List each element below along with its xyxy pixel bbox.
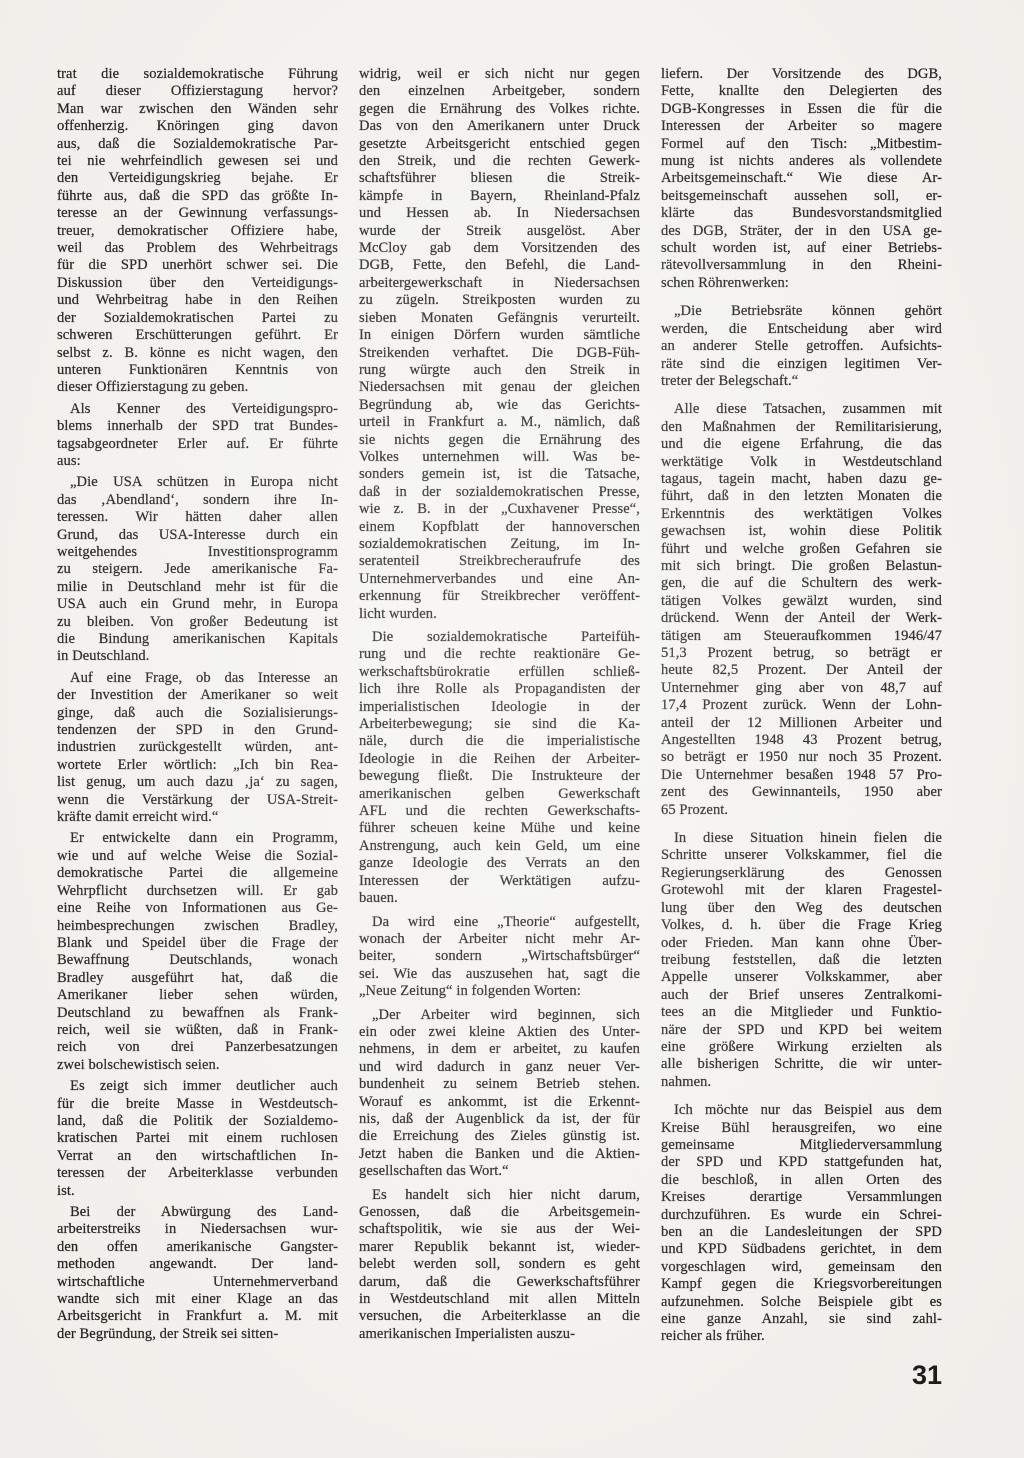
page-number: 31	[912, 1360, 942, 1391]
text-line: die beschloß, in allen Orten des	[661, 1172, 942, 1189]
text-line: eine Reihe von Informationen aus Ge-	[57, 900, 338, 917]
text-line: heute 82,5 Prozent. Der Anteil der	[661, 662, 942, 679]
text-line: führt und welche großen Gefahren sie	[661, 541, 942, 558]
text-line: Auf eine Frage, ob das Interesse an	[57, 670, 338, 687]
text-line: aus:	[57, 453, 338, 470]
text-line: nis, daß der Augenblick da ist, der für	[359, 1111, 640, 1128]
paragraph: „Die Betriebsräte können gehörtwerden, d…	[661, 303, 942, 390]
paragraph: Es zeigt sich immer deutlicher auchfür d…	[57, 1078, 338, 1200]
text-line: tei nie wehrfeindlich gewesen sei und	[57, 153, 338, 170]
text-line: Das von den Amerikanern unter Druck	[359, 118, 640, 135]
text-line: lich ihre Rolle als Propagandisten der	[359, 681, 640, 698]
text-line: dieser Offizierstagung zu geben.	[57, 379, 338, 396]
paragraph: Da wird eine „Theorie“ aufgestellt,wonac…	[359, 914, 640, 1001]
text-line: wenn die Verstärkung der USA-Streit-	[57, 792, 338, 809]
text-line: gesellschaften das Wort.“	[359, 1163, 640, 1180]
text-line: Arbeiterbewegung; sie sind die Ka-	[359, 716, 640, 733]
text-line: und Hessen ab. In Niedersachsen	[359, 205, 640, 222]
text-line: „Neue Zeitung“ in folgenden Worten:	[359, 983, 640, 1000]
paragraph: Als Kenner des Verteidigungspro-blems in…	[57, 401, 338, 471]
document-page: trat die sozialdemokratische Führungauf …	[0, 0, 1024, 1458]
text-line: die Bindung amerikanischen Kapitals	[57, 631, 338, 648]
text-column-3: liefern. Der Vorsitzende des DGB,Fette, …	[661, 66, 942, 1346]
text-line: imperialistischen Ideologie in der	[359, 699, 640, 716]
text-line: Erkenntnis des werktätigen Volkes	[661, 506, 942, 523]
paragraph: Auf eine Frage, ob das Interesse ander I…	[57, 670, 338, 827]
text-line: tendenzen der SPD in den Grund-	[57, 722, 338, 739]
text-line: daß in der sozialdemokratischen Presse,	[359, 484, 640, 501]
text-line: Worauf es ankommt, ist die Erkennt-	[359, 1094, 640, 1111]
text-line: auf dieser Offizierstagung hervor?	[57, 83, 338, 100]
paragraph: Alle diese Tatsachen, zusammen mitden Ma…	[661, 401, 942, 819]
text-line: liefern. Der Vorsitzende des DGB,	[661, 66, 942, 83]
paragraph: trat die sozialdemokratische Führungauf …	[57, 66, 338, 397]
text-line: Interessen der Arbeiter so magere	[661, 118, 942, 135]
text-line: Ideologie in die Reihen der Arbeiter-	[359, 751, 640, 768]
text-line: teressen der Arbeiterklasse verbunden	[57, 1165, 338, 1182]
text-line: Unternehmer ging aber von 48,7 auf	[661, 680, 942, 697]
text-line: zu steigern. Jede amerikanische Fa-	[57, 561, 338, 578]
text-line: schult worden ist, auf einer Betriebs-	[661, 240, 942, 257]
text-line: arbeiterstreiks in Niedersachsen wur-	[57, 1221, 338, 1238]
text-line: in Deutschland.	[57, 648, 338, 665]
text-line: aus, daß die Sozialdemokratische Par-	[57, 136, 338, 153]
text-line: wie und auf welche Weise die Sozial-	[57, 848, 338, 865]
text-line: Bradley ausgeführt hat, daß die	[57, 970, 338, 987]
text-line: der Investition der Amerikaner so weit	[57, 687, 338, 704]
text-line: Blank und Speidel über die Frage der	[57, 935, 338, 952]
text-line: beitsgemeinschaft aussehen soll, er-	[661, 188, 942, 205]
text-line: teressen. Wir hätten daher allen	[57, 509, 338, 526]
text-line: bauen.	[359, 890, 640, 907]
text-line: räte sind die einzigen legitimen Ver-	[661, 356, 942, 373]
text-line: nahmen.	[661, 1074, 942, 1091]
text-line: reich von drei Panzerbesatzungen	[57, 1039, 338, 1056]
text-line: „Die USA schützen in Europa nicht	[57, 474, 338, 491]
text-line: Alle diese Tatsachen, zusammen mit	[661, 401, 942, 418]
text-line: teresse an der Gewinnung verfassungs-	[57, 205, 338, 222]
text-line: Schritte unserer Volkskammer, fiel die	[661, 847, 942, 864]
text-line: urteil in Frankfurt a. M., nämlich, daß	[359, 414, 640, 431]
text-line: Diskussion über den Verteidigungs-	[57, 275, 338, 292]
text-line: werktätige Volk in Westdeutschland	[661, 454, 942, 471]
text-line: durchzuführen. Es wurde ein Schrei-	[661, 1207, 942, 1224]
text-line: sozialdemokratischen Zeitung, im In-	[359, 536, 640, 553]
text-line: Angestellten 1948 43 Prozent betrug,	[661, 732, 942, 749]
text-line: gegen die Ernährung des Volkes richte.	[359, 101, 640, 118]
text-line: den einzelnen Arbeitgeber, sondern	[359, 83, 640, 100]
text-line: kräfte damit erreicht wird.“	[57, 809, 338, 826]
paragraph: Die sozialdemokratische Parteifüh-rung u…	[359, 629, 640, 908]
text-line: Es handelt sich hier nicht darum,	[359, 1187, 640, 1204]
text-line: der SPD und KPD stattgefunden hat,	[661, 1154, 942, 1171]
text-line: näle, durch die die imperialistische	[359, 733, 640, 750]
text-line: Es zeigt sich immer deutlicher auch	[57, 1078, 338, 1095]
text-line: auch der Brief unseres Zentralkomi-	[661, 987, 942, 1004]
text-line: ist.	[57, 1183, 338, 1200]
text-line: werkschaftsbürokratie erfüllen schließ-	[359, 664, 640, 681]
text-line: Die Unternehmer besaßen 1948 57 Pro-	[661, 767, 942, 784]
text-line: nehmens, in dem er arbeitet, zu kaufen	[359, 1041, 640, 1058]
text-line: klärte das Bundesvorstandsmitglied	[661, 205, 942, 222]
text-line: und wird dadurch in ganz neuer Ver-	[359, 1059, 640, 1076]
text-line: erkennung für Streikbrecher veröffent-	[359, 588, 640, 605]
text-line: tagsabgeordneter Erler auf. Er führte	[57, 436, 338, 453]
text-line: unteren Funktionären Kenntnis von	[57, 362, 338, 379]
text-line: in Westdeutschland mit allen Mitteln	[359, 1291, 640, 1308]
text-line: industrien zurückgestellt würden, ant-	[57, 739, 338, 756]
text-line: Interessen der Werktätigen aufzu-	[359, 873, 640, 890]
text-line: Wehrpflicht durchsetzen will. Er gab	[57, 883, 338, 900]
text-line: den Verteidigungskrieg bejahe. Er	[57, 170, 338, 187]
text-line: treuer, demokratischer Offiziere habe,	[57, 223, 338, 240]
text-line: weil das Problem des Wehrbeitrags	[57, 240, 338, 257]
text-line: rung und die rechte reaktionäre Ge-	[359, 646, 640, 663]
text-line: der Begründung, der Streik sei sitten-	[57, 1326, 338, 1343]
text-line: sieben Monaten Gefängnis verurteilt.	[359, 310, 640, 327]
text-line: führte aus, daß die SPD das größte In-	[57, 188, 338, 205]
text-line: heimbesprechungen zwischen Bradley,	[57, 918, 338, 935]
text-line: reich, weil sie wüßten, daß in Frank-	[57, 1022, 338, 1039]
text-line: beiter, sondern „Wirtschaftsbürger“	[359, 948, 640, 965]
text-line: Begründung ab, wie das Gerichts-	[359, 397, 640, 414]
text-line: DGB-Kongresses in Essen die für die	[661, 101, 942, 118]
text-line: AFL und die rechten Gewerkschafts-	[359, 803, 640, 820]
text-line: „Die Betriebsräte können gehört	[661, 303, 942, 320]
text-line: darum, daß die Gewerkschaftsführer	[359, 1274, 640, 1291]
paragraph: Ich möchte nur das Beispiel aus demKreis…	[661, 1102, 942, 1346]
text-line: arbeitergewerkschaft in Niedersachsen	[359, 275, 640, 292]
text-line: schaftspolitik, wie sie aus der Wei-	[359, 1221, 640, 1238]
text-column-1: trat die sozialdemokratische Führungauf …	[57, 66, 338, 1343]
text-line: widrig, weil er sich nicht nur gegen	[359, 66, 640, 83]
text-line: anteil der 12 Millionen Arbeiter und	[661, 715, 942, 732]
text-line: schaftsführer bliesen die Streik-	[359, 170, 640, 187]
text-line: und KPD Südbadens gerichtet, in dem	[661, 1241, 942, 1258]
text-line: alle bisherigen Schritte, die wir unter-	[661, 1056, 942, 1073]
text-line: des DGB, Sträter, der in den USA ge-	[661, 223, 942, 240]
text-line: ginge, daß auch die Sozialisierungs-	[57, 705, 338, 722]
text-line: die Erreichung des Zieles günstig ist.	[359, 1128, 640, 1145]
text-line: wandte sich mit einer Klage an das	[57, 1291, 338, 1308]
text-line: amerikanischen Imperialisten auszu-	[359, 1326, 640, 1343]
text-line: milie in Deutschland mehr ist für die	[57, 579, 338, 596]
text-line: bundenheit zu seinem Betrieb stehen.	[359, 1076, 640, 1093]
text-line: gewachsen ist, wohin diese Politik	[661, 523, 942, 540]
text-line: wirtschaftliche Unternehmerverband	[57, 1274, 338, 1291]
text-line: In einigen Dörfern wurden sämtliche	[359, 327, 640, 344]
text-line: drückend. Wenn der Anteil der Werk-	[661, 610, 942, 627]
text-line: Grotewohl mit der klaren Fragestel-	[661, 882, 942, 899]
text-line: Kreise Bühl herausgreifen, wo eine	[661, 1120, 942, 1137]
text-line: Man war zwischen den Wänden sehr	[57, 101, 338, 118]
text-line: Deutschland zu bewaffnen als Frank-	[57, 1005, 338, 1022]
text-line: offenherzig. Knöringen ging davon	[57, 118, 338, 135]
text-line: seratenteil Streikbrecheraufrufe des	[359, 553, 640, 570]
text-line: Kreises derartige Versammlungen	[661, 1189, 942, 1206]
text-line: bewegung fließt. Die Instrukteure der	[359, 768, 640, 785]
text-line: Appelle unserer Volkskammer, aber	[661, 969, 942, 986]
paragraph: „Der Arbeiter wird beginnen, sichein ode…	[359, 1007, 640, 1181]
text-line: gesetzte Arbeitsgericht entschied gegen	[359, 136, 640, 153]
text-line: wortete Erler wörtlich: „Ich bin Rea-	[57, 757, 338, 774]
text-line: sie nichts gegen die Ernährung des	[359, 432, 640, 449]
text-line: aufzunehmen. Solche Beispiele gibt es	[661, 1294, 942, 1311]
text-line: Da wird eine „Theorie“ aufgestellt,	[359, 914, 640, 931]
text-line: treibung feststellen, daß die letzten	[661, 952, 942, 969]
text-line: Amerikaner lieber sehen würden,	[57, 987, 338, 1004]
text-line: Verrat an den wirtschaftlichen In-	[57, 1148, 338, 1165]
text-line: gemeinsame Mitgliederversammlung	[661, 1137, 942, 1154]
text-line: den Maßnahmen der Remilitarisierung,	[661, 419, 942, 436]
text-line: Anstrengung, auch kein Geld, um eine	[359, 838, 640, 855]
text-line: tagaus, tagein macht, haben dazu ge-	[661, 471, 942, 488]
text-line: land, daß die Politik der Sozialdemo-	[57, 1113, 338, 1130]
text-line: zu bleiben. Von großer Bedeutung ist	[57, 614, 338, 631]
text-line: tätigen Volkes gewälzt wurden, sind	[661, 593, 942, 610]
text-line: treter der Belegschaft.“	[661, 373, 942, 390]
text-line: das ‚Abendland‘, sondern ihre In-	[57, 492, 338, 509]
text-line: schweren Erschütterungen geführt. Er	[57, 327, 338, 344]
text-line: Er entwickelte dann ein Programm,	[57, 830, 338, 847]
text-line: Bewaffnung Deutschlands, wonach	[57, 952, 338, 969]
text-line: reicher als früher.	[661, 1328, 942, 1345]
text-line: 17,4 Prozent zurück. Wenn der Lohn-	[661, 697, 942, 714]
text-line: Als Kenner des Verteidigungspro-	[57, 401, 338, 418]
text-line: methoden angewandt. Der land-	[57, 1256, 338, 1273]
text-line: ein oder zwei kleine Aktien des Unter-	[359, 1024, 640, 1041]
text-line: näre der SPD und KPD bei weitem	[661, 1022, 942, 1039]
text-line: marer Republik bekannt ist, wieder-	[359, 1239, 640, 1256]
text-line: mung ist nichts anderes als vollendete	[661, 153, 942, 170]
text-line: Bei der Abwürgung des Land-	[57, 1204, 338, 1221]
text-line: Unternehmerverbandes und eine An-	[359, 571, 640, 588]
text-line: 51,3 Prozent betrug, so beträgt er	[661, 645, 942, 662]
text-line: zwei bolschewistisch seien.	[57, 1057, 338, 1074]
text-line: 65 Prozent.	[661, 802, 942, 819]
text-line: versuchen, die Arbeiterklasse an die	[359, 1308, 640, 1325]
text-line: Fette, knallte den Delegierten des	[661, 83, 942, 100]
text-line: Niedersachsen mit genau der gleichen	[359, 379, 640, 396]
paragraph: widrig, weil er sich nicht nur gegenden …	[359, 66, 640, 623]
text-line: list genug, um auch dazu ‚ja‘ zu sagen,	[57, 774, 338, 791]
text-line: In diese Situation hinein fielen die	[661, 830, 942, 847]
text-line: licht wurden.	[359, 606, 640, 623]
text-line: und Wehrbeitrag habe in den Reihen	[57, 292, 338, 309]
text-line: Volkes, d. h. über die Frage Krieg	[661, 917, 942, 934]
text-line: wurde der Streik ausgelöst. Aber	[359, 223, 640, 240]
text-line: wie z. B. in der „Cuxhavener Presse“,	[359, 501, 640, 518]
text-line: belebt werden soll, sondern es geht	[359, 1256, 640, 1273]
text-line: Arbeitsgericht in Frankfurt a. M. mit	[57, 1308, 338, 1325]
text-line: Streikenden verhaftet. Die DGB-Füh-	[359, 345, 640, 362]
text-line: den Streik, und die rechten Gewerk-	[359, 153, 640, 170]
text-line: so beträgt er 1950 nur noch 35 Prozent.	[661, 749, 942, 766]
text-line: führer scheuen keine Mühe und keine	[359, 820, 640, 837]
text-line: eine größere Wirkung erzielten als	[661, 1039, 942, 1056]
text-line: Jetzt haben die Banken und die Aktien-	[359, 1146, 640, 1163]
text-line: „Der Arbeiter wird beginnen, sich	[359, 1007, 640, 1024]
paragraph: liefern. Der Vorsitzende des DGB,Fette, …	[661, 66, 942, 292]
text-line: für die breite Masse in Westdeutsch-	[57, 1096, 338, 1113]
text-line: DGB, Fette, den Befehl, die Land-	[359, 257, 640, 274]
text-line: USA auch ein Grund mehr, in Europa	[57, 596, 338, 613]
text-line: McCloy gab dem Vorsitzenden des	[359, 240, 640, 257]
text-line: tätigen am Steueraufkommen 1946/47	[661, 628, 942, 645]
text-line: einem Kopfblatt der hannoverschen	[359, 519, 640, 536]
text-line: weitgehendes Investitionsprogramm	[57, 544, 338, 561]
text-line: zu zügeln. Streikposten wurden zu	[359, 292, 640, 309]
text-line: vorgeschlagen wird, gemeinsam den	[661, 1259, 942, 1276]
text-line: ben an die Landesleitungen der SPD	[661, 1224, 942, 1241]
text-line: Ich möchte nur das Beispiel aus dem	[661, 1102, 942, 1119]
text-line: blems innerhalb der SPD trat Bundes-	[57, 418, 338, 435]
text-line: selbst z. B. könne es nicht wagen, den	[57, 345, 338, 362]
text-line: an anderer Stelle getroffen. Aufsichts-	[661, 338, 942, 355]
text-line: eine ganze Anzahl, sie sind zahl-	[661, 1311, 942, 1328]
text-line: Formel auf den Tisch: „Mitbestim-	[661, 136, 942, 153]
text-line: Arbeitsgemeinschaft.“ Wie diese Ar-	[661, 170, 942, 187]
text-line: Grund, das USA-Interesse durch ein	[57, 527, 338, 544]
text-line: zent des Gewinnanteils, 1950 aber	[661, 784, 942, 801]
text-line: tees an die Mitglieder und Funktio-	[661, 1004, 942, 1021]
text-line: schen Röhrenwerken:	[661, 275, 942, 292]
text-line: Kampf gegen die Kriegsvorbereitungen	[661, 1276, 942, 1293]
text-line: und die eigene Erfahrung, die das	[661, 436, 942, 453]
text-line: mit sich bringt. Die großen Belastun-	[661, 558, 942, 575]
text-line: ganze Ideologie des Verrats an den	[359, 855, 640, 872]
text-line: sonders gemein ist, ist die Tatsache,	[359, 466, 640, 483]
text-line: werden, die Entscheidung aber wird	[661, 321, 942, 338]
paragraph: Bei der Abwürgung des Land-arbeiterstrei…	[57, 1204, 338, 1343]
text-line: für die SPD unerhört schwer sei. Die	[57, 257, 338, 274]
paragraph: Er entwickelte dann ein Programm,wie und…	[57, 830, 338, 1074]
text-line: kämpfe in Bayern, Rheinland-Pfalz	[359, 188, 640, 205]
text-line: rung würgte auch den Streik in	[359, 362, 640, 379]
text-line: der Sozialdemokratischen Partei zu	[57, 310, 338, 327]
text-line: gen, die auf die Schultern des werk-	[661, 575, 942, 592]
paragraph: In diese Situation hinein fielen dieSchr…	[661, 830, 942, 1091]
paragraph: Es handelt sich hier nicht darum,Genosse…	[359, 1187, 640, 1344]
text-line: Die sozialdemokratische Parteifüh-	[359, 629, 640, 646]
text-line: führt, daß in den letzten Monaten die	[661, 488, 942, 505]
text-line: rätevollversammlung in den Rheini-	[661, 257, 942, 274]
text-line: demokratische Partei die allgemeine	[57, 865, 338, 882]
text-line: Volkes unternehmen will. Was be-	[359, 449, 640, 466]
text-line: Genossen, daß die Arbeitsgemein-	[359, 1204, 640, 1221]
paragraph: „Die USA schützen in Europa nichtdas ‚Ab…	[57, 474, 338, 665]
text-line: kratischen Partei mit einem ruchlosen	[57, 1130, 338, 1147]
text-line: wonach der Arbeiter nicht mehr Ar-	[359, 931, 640, 948]
text-line: den offen amerikanische Gangster-	[57, 1239, 338, 1256]
text-line: amerikanischen gelben Gewerkschaft	[359, 786, 640, 803]
text-line: Regierungserklärung des Genossen	[661, 865, 942, 882]
text-line: trat die sozialdemokratische Führung	[57, 66, 338, 83]
text-line: lung über den Weg des deutschen	[661, 900, 942, 917]
text-line: sei. Wie das auszusehen hat, sagt die	[359, 966, 640, 983]
text-line: oder Frieden. Man kann ohne Über-	[661, 935, 942, 952]
text-column-2: widrig, weil er sich nicht nur gegenden …	[359, 66, 640, 1343]
